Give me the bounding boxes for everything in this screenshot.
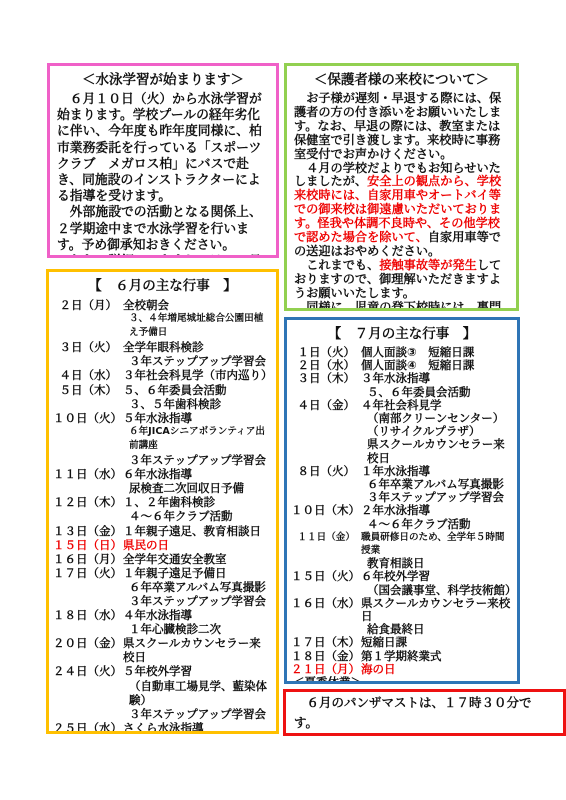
paragraph: ４月の学校だよりでもお知らせいたしましたが、安全上の観点から、学校来校時には、自… xyxy=(294,162,509,259)
event-text: １、２年歯科検診 xyxy=(117,495,215,509)
event-text: 短縮日課 xyxy=(355,636,407,649)
swim-notice-box: ＜水泳学習が始まります＞ ６月１０日（火）から水泳学習が始まります。学校プールの… xyxy=(47,63,279,258)
event-text: ６年水泳指導 xyxy=(117,467,192,481)
body-text: これまでも、 xyxy=(306,258,379,272)
paragraph: ６月１０日（火）から水泳学習が始まります。学校プールの経年劣化に伴い、今年度も昨… xyxy=(57,92,269,205)
event-text: ５年水泳指導 xyxy=(117,411,192,425)
body-text: なお、詳細につきましては、５月１６日（金）付でお知らせいたしましたので、そちらを… xyxy=(57,254,262,258)
visitor-notice-box: ＜保護者様の来校について＞ お子様が遅刻・早退する際には、保護者の方の付き添いを… xyxy=(284,63,519,311)
event-date: １７日（火） xyxy=(53,566,117,580)
event-subrow: 尿検査二次回収日予備 xyxy=(53,481,272,495)
july-events-title: 【 ７月の主な行事 】 xyxy=(291,324,513,344)
body-text: お子様が遅刻・早退する際には、保護者の方の付き添いをお願いいたします。なお、早退… xyxy=(294,91,501,161)
panzamast-line-1: ６月のパンザマストは、１７時３０分です。 xyxy=(294,693,555,732)
event-date: １８日（水） xyxy=(53,608,117,622)
event-row: １７日（火）１年親子遠足予備日 xyxy=(53,566,272,580)
event-text: 全学年交通安全教室 xyxy=(117,552,227,566)
event-date: ５日（木） xyxy=(53,383,117,397)
swim-notice-title: ＜水泳学習が始まります＞ xyxy=(57,70,269,90)
event-date: １６日（月） xyxy=(53,552,117,566)
event-row: １６日（水）県スクールカウンセラー来校日 xyxy=(291,597,513,623)
event-row: １８日（水）４年水泳指導 xyxy=(53,608,272,622)
event-row: １２日（木）１、２年歯科検診 xyxy=(53,495,272,509)
paragraph: なお、詳細につきましては、５月１６日（金）付でお知らせいたしましたので、そちらを… xyxy=(57,254,269,258)
event-row: ２５日（水）さくら水泳指導 xyxy=(53,721,272,734)
event-row: ５日（木）５、６年委員会活動 xyxy=(53,383,272,397)
event-row: ２４日（火）５年校外学習 xyxy=(53,664,272,678)
section-label: ＜夏季休業＞ xyxy=(291,676,513,684)
event-row: ３日（木）３年水泳指導 xyxy=(291,372,513,385)
event-row: ３日（火）全学年眼科検診 xyxy=(53,340,272,354)
event-subrow: ３年ステップアップ学習会 xyxy=(53,707,272,721)
event-date: ２日（月） xyxy=(53,298,117,312)
event-date: １０日（火） xyxy=(53,411,117,425)
event-date: ４日（金） xyxy=(291,399,355,412)
july-events-box: 【 ７月の主な行事 】 １日（火）個人面談③ 短縮日課２日（水）個人面談④ 短縮… xyxy=(284,317,520,684)
event-date: １０日（木） xyxy=(291,504,355,517)
event-subrow: ３、４年増尾城址総合公園田植え予備日 xyxy=(53,312,272,340)
event-date: １３日（金） xyxy=(53,524,117,538)
event-text: 職員研修日のため、全学年５時間授業 xyxy=(355,531,513,557)
event-row: １０日（火）５年水泳指導 xyxy=(53,411,272,425)
event-date: ４日（水） xyxy=(53,368,117,382)
event-subrow: ３年ステップアップ学習会 xyxy=(53,354,272,368)
event-text: ４年水泳指導 xyxy=(117,608,192,622)
event-date: ３日（火） xyxy=(53,340,117,354)
event-row: １５日（火）６年校外学習 xyxy=(291,570,513,583)
event-subrow: ６年卒業アルバム写真撮影 xyxy=(53,580,272,594)
event-date: ３日（木） xyxy=(291,372,355,385)
event-text: ５、６年委員会活動 xyxy=(117,383,227,397)
june-events-box: 【 ６月の主な行事 】 ２日（月）全校朝会３、４年増尾城址総合公園田植え予備日３… xyxy=(46,269,279,734)
event-date: ８日（火） xyxy=(291,465,355,478)
event-row: １８日（金）第１学期終業式 xyxy=(291,650,513,663)
event-text: 県スクールカウンセラー来校日 xyxy=(117,636,272,664)
event-text: 全校朝会 xyxy=(117,298,169,312)
event-subrow: ４～６年クラブ活動 xyxy=(53,509,272,523)
june-events-list: ２日（月）全校朝会３、４年増尾城址総合公園田植え予備日３日（火）全学年眼科検診３… xyxy=(53,298,272,734)
event-row: ２日（月）全校朝会 xyxy=(53,298,272,312)
event-subrow: ４～６年クラブ活動 xyxy=(291,518,513,531)
july-events-list: １日（火）個人面談③ 短縮日課２日（水）個人面談④ 短縮日課３日（木）３年水泳指… xyxy=(291,346,513,684)
event-subrow: ６年JICAシニアボランティア出前講座 xyxy=(53,425,272,453)
newsletter-page: ＜水泳学習が始まります＞ ６月１０日（火）から水泳学習が始まります。学校プールの… xyxy=(0,0,566,800)
event-row: １１日（水）６年水泳指導 xyxy=(53,467,272,481)
event-text: １年親子遠足予備日 xyxy=(117,566,227,580)
event-row: １５日（日）県民の日 xyxy=(53,538,272,552)
event-row: １０日（木）２年水泳指導 xyxy=(291,504,513,517)
event-text: 県スクールカウンセラー来校日 xyxy=(355,597,513,623)
event-subrow: （国会議事堂、科学技術館） xyxy=(291,584,513,597)
event-row: ２０日（金）県スクールカウンセラー来校日 xyxy=(53,636,272,664)
event-subrow: ３年ステップアップ学習会 xyxy=(53,453,272,467)
event-text: 第１学期終業式 xyxy=(355,650,442,663)
event-text: ２年水泳指導 xyxy=(355,504,430,517)
event-subrow: ３、５年歯科検診 xyxy=(53,397,272,411)
event-date: １５日（日） xyxy=(53,538,117,552)
event-text: ３年水泳指導 xyxy=(355,372,430,385)
visitor-notice-title: ＜保護者様の来校について＞ xyxy=(294,70,509,90)
visitor-notice-body: お子様が遅刻・早退する際には、保護者の方の付き添いをお願いいたします。なお、早退… xyxy=(294,92,509,311)
warning-text: 接触事故等が発生 xyxy=(379,258,477,272)
body-text: 外部施設での活動となる関係上、２学期途中まで水泳学習を行います。予め御承知おきく… xyxy=(57,205,262,252)
body-text: ６月１０日（火）から水泳学習が始まります。学校プールの経年劣化に伴い、今年度も昨… xyxy=(57,92,262,204)
event-subrow: １年心臓検診二次 xyxy=(53,622,272,636)
event-date: ２５日（水） xyxy=(53,721,117,734)
event-row: １７日（木）短縮日課 xyxy=(291,636,513,649)
event-text: １年親子遠足、教育相談日 xyxy=(117,524,261,538)
event-text: ５年校外学習 xyxy=(117,664,192,678)
event-subrow: 県スクールカウンセラー来校日 xyxy=(291,438,513,464)
body-text: 同様に、児童の登下校時には、裏門付近での駐停車、学校敷地内への駐停車はおやめくだ… xyxy=(294,300,501,311)
event-subrow: ５、６年委員会活動 xyxy=(291,386,513,399)
event-row: １１日（金）職員研修日のため、全学年５時間授業 xyxy=(291,531,513,557)
event-subrow: （自動車工場見学、藍染体験） xyxy=(53,679,272,707)
event-text: さくら水泳指導 xyxy=(117,721,204,734)
june-events-title: 【 ６月の主な行事 】 xyxy=(53,276,272,296)
event-row: １６日（月）全学年交通安全教室 xyxy=(53,552,272,566)
event-date: ２０日（金） xyxy=(53,636,117,664)
event-date: １５日（火） xyxy=(291,570,355,583)
paragraph: お子様が遅刻・早退する際には、保護者の方の付き添いをお願いいたします。なお、早退… xyxy=(294,92,509,162)
event-text: ３年社会科見学（市内巡り） xyxy=(117,368,272,382)
event-text: 県民の日 xyxy=(117,538,169,552)
event-row: １３日（金）１年親子遠足、教育相談日 xyxy=(53,524,272,538)
event-text: 全学年眼科検診 xyxy=(117,340,204,354)
panzamast-notice-box: ６月のパンザマストは、１７時３０分です。 パンザマストを守りましょう。 xyxy=(283,689,566,736)
event-subrow: ３年ステップアップ学習会 xyxy=(53,594,272,608)
event-text: ６年校外学習 xyxy=(355,570,430,583)
event-date: １７日（木） xyxy=(291,636,355,649)
event-date: １６日（水） xyxy=(291,597,355,623)
paragraph: 外部施設での活動となる関係上、２学期途中まで水泳学習を行います。予め御承知おきく… xyxy=(57,205,269,254)
event-date: ２４日（火） xyxy=(53,664,117,678)
event-date: １８日（金） xyxy=(291,650,355,663)
event-date: １１日（水） xyxy=(53,467,117,481)
swim-notice-body: ６月１０日（火）から水泳学習が始まります。学校プールの経年劣化に伴い、今年度も昨… xyxy=(57,92,269,258)
panzamast-line-2: パンザマストを守りましょう。 xyxy=(294,732,555,736)
event-row: ４日（水）３年社会科見学（市内巡り） xyxy=(53,368,272,382)
paragraph: これまでも、接触事故等が発生しておりますので、御理解いただきますようお願いいたし… xyxy=(294,259,509,301)
event-date: １２日（木） xyxy=(53,495,117,509)
paragraph: 同様に、児童の登下校時には、裏門付近での駐停車、学校敷地内への駐停車はおやめくだ… xyxy=(294,301,509,311)
event-date: １１日（金） xyxy=(291,531,355,557)
